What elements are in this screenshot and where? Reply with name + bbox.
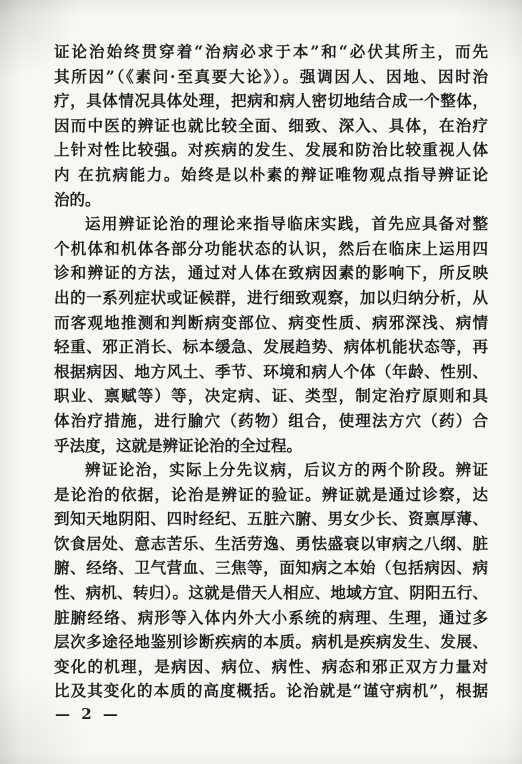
text-line: 体治疗措施，进行腧穴（药物）组合，使理法方穴（药）合 — [54, 409, 488, 434]
text-line: 而客观地推测和判断病变部位、病变性质、病邪深浅、病情 — [54, 311, 488, 336]
text-line: 层次多途径地鉴别诊断疾病的本质。病机是疾病发生、发展、 — [54, 630, 488, 655]
text-line: 上针对性比较强。对疾病的发生、发展和防治比较重视人体 — [54, 138, 488, 163]
text-line: 性、病机、转归）。这就是借天人相应、地域方宜、阴阳五行、 — [54, 581, 488, 606]
text-line: 出的一系列症状或证候群，进行细致观察，加以归纳分析，从 — [54, 286, 488, 311]
text-line: 比及其变化的本质的高度概括。论治就是“谨守病机”，根据 — [54, 679, 488, 704]
text-line: 职业、禀赋等）等，决定病、证、类型，制定治疗原则和具 — [54, 384, 488, 409]
text-line: 根据病因、地方风土、季节、环境和病人个体（年龄、性别、 — [54, 360, 488, 385]
text-line: 腑、经络、卫气营血、三焦等，面知病之本始（包括病因、病 — [54, 556, 488, 581]
text-line: 疗，具体情况具体处理，把病和病人密切地结合成一个整体， — [54, 89, 488, 114]
page-number: — 2 — — [55, 704, 121, 724]
book-page: 证论治始终贯穿着“治病必求于本”和“必伏其所主，而先其所因”（《素问·至真要大论… — [0, 0, 522, 764]
text-line: 变化的机理，是病因、病位、病性、病态和邪正双方力量对 — [54, 655, 488, 680]
text-line: 个机体和机体各部分功能状态的认识，然后在临床上运用四 — [54, 237, 488, 262]
text-line: 脏腑经络、病形等入体内外大小系统的病理、生理，通过多 — [54, 606, 488, 631]
text-line: 其所因”（《素问·至真要大论》）。强调因人、因地、因时治 — [54, 65, 488, 90]
text-line: 饮食居处、意志苦乐、生活劳逸、勇怯盛衰以审病之八纲、脏 — [54, 532, 488, 557]
text-line: 乎法度，这就是辨证论治的全过程。 — [54, 434, 488, 459]
text-line: 运用辨证论治的理论来指导临床实践，首先应具备对整 — [54, 212, 488, 237]
text-block: 证论治始终贯穿着“治病必求于本”和“必伏其所主，而先其所因”（《素问·至真要大论… — [54, 40, 488, 704]
text-line: 证论治始终贯穿着“治病必求于本”和“必伏其所主，而先 — [54, 40, 488, 65]
text-line: 内 在抗病能力。始终是以朴素的辩证唯物观点指导辨证论 — [54, 163, 488, 188]
text-line: 轻重、邪正消长、标本缓急、发展趋势、病体机能状态等，再 — [54, 335, 488, 360]
text-line: 因而中医的辨证也就比较全面、细致、深入、具体，在治疗 — [54, 114, 488, 139]
text-line: 到知天地阴阳、四时经纪、五脏六腑、男女少长、资禀厚薄、 — [54, 507, 488, 532]
text-line: 治的。 — [54, 188, 488, 213]
text-line: 是论治的依据，论治是辨证的验证。辨证就是通过诊察，达 — [54, 483, 488, 508]
text-line: 诊和辨证的方法，通过对人体在致病因素的影响下，所反映 — [54, 261, 488, 286]
text-line: 辨证论治，实际上分先议病，后议方的两个阶段。辨证 — [54, 458, 488, 483]
